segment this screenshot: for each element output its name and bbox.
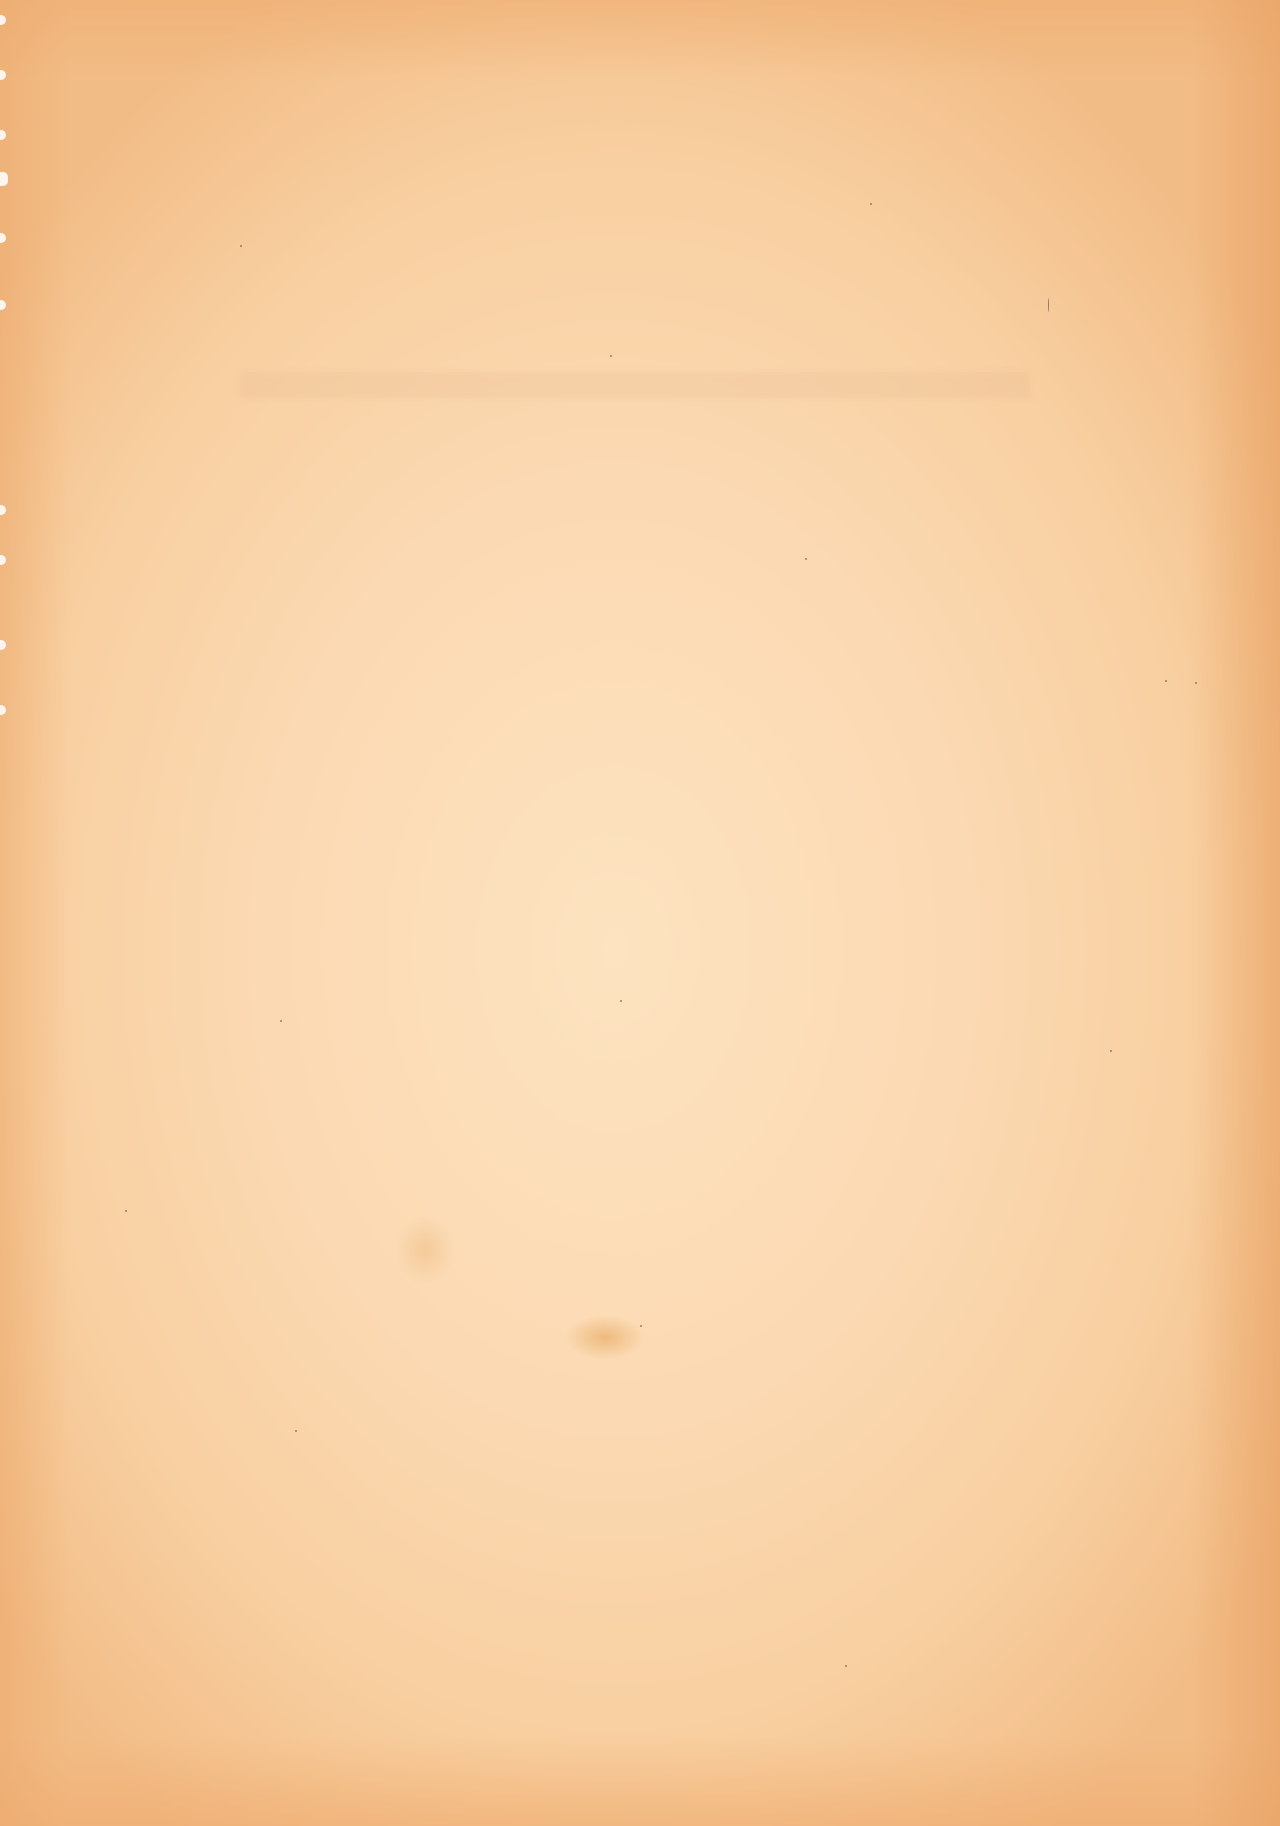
edge-tear	[0, 70, 6, 80]
edge-tear	[0, 15, 6, 25]
scanned-blank-page	[0, 0, 1280, 1826]
foxing-speck	[610, 355, 612, 357]
edge-tear	[0, 705, 6, 715]
foxing-speck	[240, 245, 242, 247]
foxing-speck	[620, 1000, 622, 1002]
edge-tear	[0, 505, 6, 515]
foxing-speck	[845, 1665, 847, 1667]
paper-stain	[395, 1215, 455, 1285]
foxing-speck	[1195, 682, 1197, 684]
paper-stain	[565, 1315, 645, 1360]
torn-left-edge	[0, 0, 8, 1826]
foxing-speck	[125, 1210, 127, 1212]
edge-tear	[0, 233, 6, 243]
foxing-speck	[1110, 1050, 1112, 1052]
edge-tear	[0, 640, 6, 650]
paper-aging-vignette	[0, 0, 1280, 1826]
edge-tear	[0, 172, 8, 186]
faint-show-through-text-band	[240, 372, 1030, 398]
edge-tear	[0, 555, 6, 565]
foxing-speck	[805, 558, 807, 560]
foxing-speck	[640, 1325, 642, 1327]
edge-tear	[0, 130, 6, 140]
edge-tear	[0, 300, 6, 310]
foxing-speck	[870, 203, 872, 205]
paper-fiber	[1048, 298, 1049, 312]
foxing-speck	[1165, 680, 1167, 682]
foxing-speck	[280, 1020, 282, 1022]
foxing-speck	[295, 1430, 297, 1432]
